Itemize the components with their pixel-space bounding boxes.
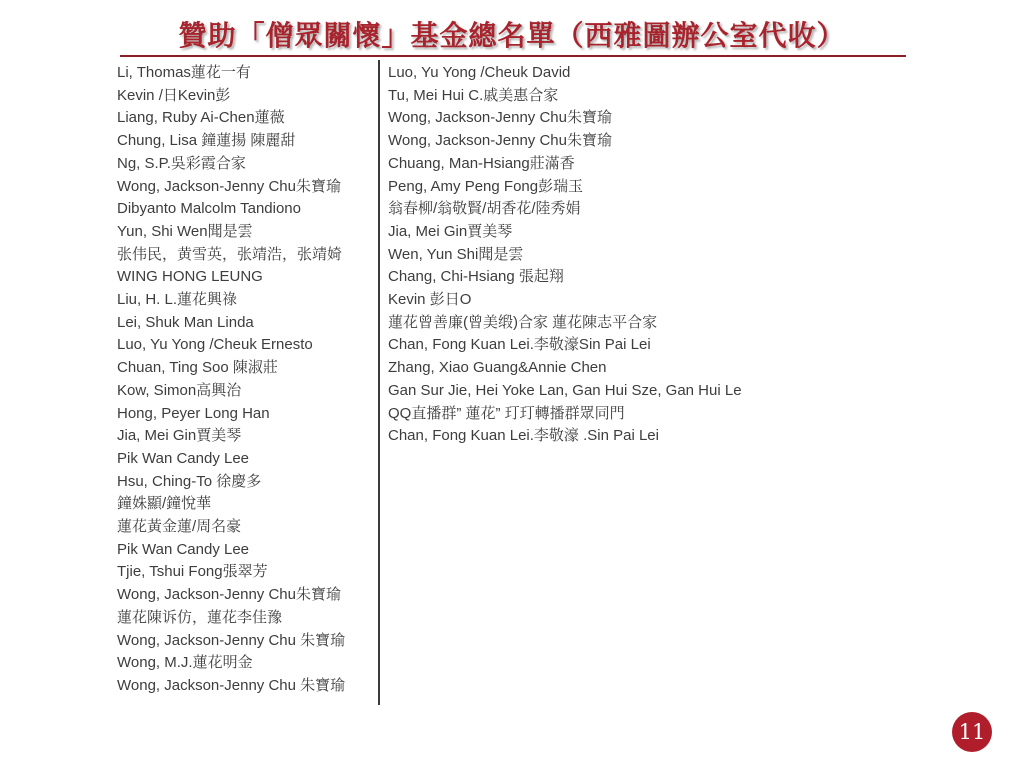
list-item: Kevin 彭日O xyxy=(388,289,728,312)
list-item: Kevin /日Kevin彭 xyxy=(117,85,372,108)
list-item: Wong, Jackson-Jenny Chu朱寶瑜 xyxy=(117,584,372,607)
list-item: Wong, M.J.蓮花明金 xyxy=(117,652,372,675)
column-divider xyxy=(378,60,380,705)
list-item: Chan, Fong Kuan Lei.李敬濠 .Sin Pai Lei xyxy=(388,425,728,448)
list-item: Luo, Yu Yong /Cheuk David xyxy=(388,62,728,85)
page-number: 11 xyxy=(959,720,986,744)
list-item: Lei, Shuk Man Linda xyxy=(117,312,372,335)
donor-list-right: Luo, Yu Yong /Cheuk DavidTu, Mei Hui C.戚… xyxy=(388,62,728,448)
list-item: 蓮花陳诉仿，蓮花李佳豫 xyxy=(117,607,372,630)
list-item: WING HONG LEUNG xyxy=(117,266,372,289)
list-item: Dibyanto Malcolm Tandiono xyxy=(117,198,372,221)
list-item: Wong, Jackson-Jenny Chu 朱寶瑜 xyxy=(117,675,372,698)
list-item: Gan Sur Jie, Hei Yoke Lan, Gan Hui Sze, … xyxy=(388,380,728,403)
list-item: Wong, Jackson-Jenny Chu朱寶瑜 xyxy=(117,176,372,199)
list-item: Tjie, Tshui Fong張翠芳 xyxy=(117,561,372,584)
list-item: Hsu, Ching-To 徐慶多 xyxy=(117,471,372,494)
list-item: Chan, Fong Kuan Lei.李敬濠Sin Pai Lei xyxy=(388,334,728,357)
list-item: Wong, Jackson-Jenny Chu朱寶瑜 xyxy=(388,130,728,153)
list-item: Hong, Peyer Long Han xyxy=(117,403,372,426)
list-item: Kow, Simon高興治 xyxy=(117,380,372,403)
list-item: 张伟民，黄雪英，张靖浩，张靖婍 xyxy=(117,244,372,267)
list-item: 翁春柳/翁敬賢/胡香花/陸秀娟 xyxy=(388,198,728,221)
page-title: 贊助「僧眾關懷」基金總名單（西雅圖辦公室代收） xyxy=(0,14,1024,54)
list-item: Liang, Ruby Ai-Chen蓮薇 xyxy=(117,107,372,130)
list-item: Chuang, Man-Hsiang莊滿香 xyxy=(388,153,728,176)
list-item: Liu, H. L.蓮花興祿 xyxy=(117,289,372,312)
list-item: Pik Wan Candy Lee xyxy=(117,448,372,471)
list-item: Zhang, Xiao Guang&Annie Chen xyxy=(388,357,728,380)
list-item: Ng, S.P.吳彩霞合家 xyxy=(117,153,372,176)
list-item: Yun, Shi Wen聞是雲 xyxy=(117,221,372,244)
list-item: Jia, Mei Gin賈美琴 xyxy=(117,425,372,448)
list-item: 蓮花黃金蓮/周名豪 xyxy=(117,516,372,539)
list-item: Luo, Yu Yong /Cheuk Ernesto xyxy=(117,334,372,357)
list-item: 蓮花曾善廉(曾美缎)合家 蓮花陳志平合家 xyxy=(388,312,728,335)
title-underline xyxy=(120,55,906,57)
page-number-badge: 11 xyxy=(952,712,992,752)
list-item: Chang, Chi-Hsiang 張起翔 xyxy=(388,266,728,289)
list-item: Chuan, Ting Soo 陳淑莊 xyxy=(117,357,372,380)
list-item: Chung, Lisa 鐘蓮揚 陳麗甜 xyxy=(117,130,372,153)
list-item: Wong, Jackson-Jenny Chu 朱寶瑜 xyxy=(117,630,372,653)
list-item: Peng, Amy Peng Fong彭瑞玉 xyxy=(388,176,728,199)
list-item: Pik Wan Candy Lee xyxy=(117,539,372,562)
list-item: Wong, Jackson-Jenny Chu朱寶瑜 xyxy=(388,107,728,130)
list-item: 鐘姝顯/鐘悅華 xyxy=(117,493,372,516)
donor-list-left: Li, Thomas蓮花一有Kevin /日Kevin彭Liang, Ruby … xyxy=(117,62,372,698)
list-item: QQ直播群” 蓮花” 玎玎轉播群眾同門 xyxy=(388,403,728,426)
list-item: Li, Thomas蓮花一有 xyxy=(117,62,372,85)
list-item: Tu, Mei Hui C.戚美惠合家 xyxy=(388,85,728,108)
list-item: Wen, Yun Shi聞是雲 xyxy=(388,244,728,267)
list-item: Jia, Mei Gin賈美琴 xyxy=(388,221,728,244)
